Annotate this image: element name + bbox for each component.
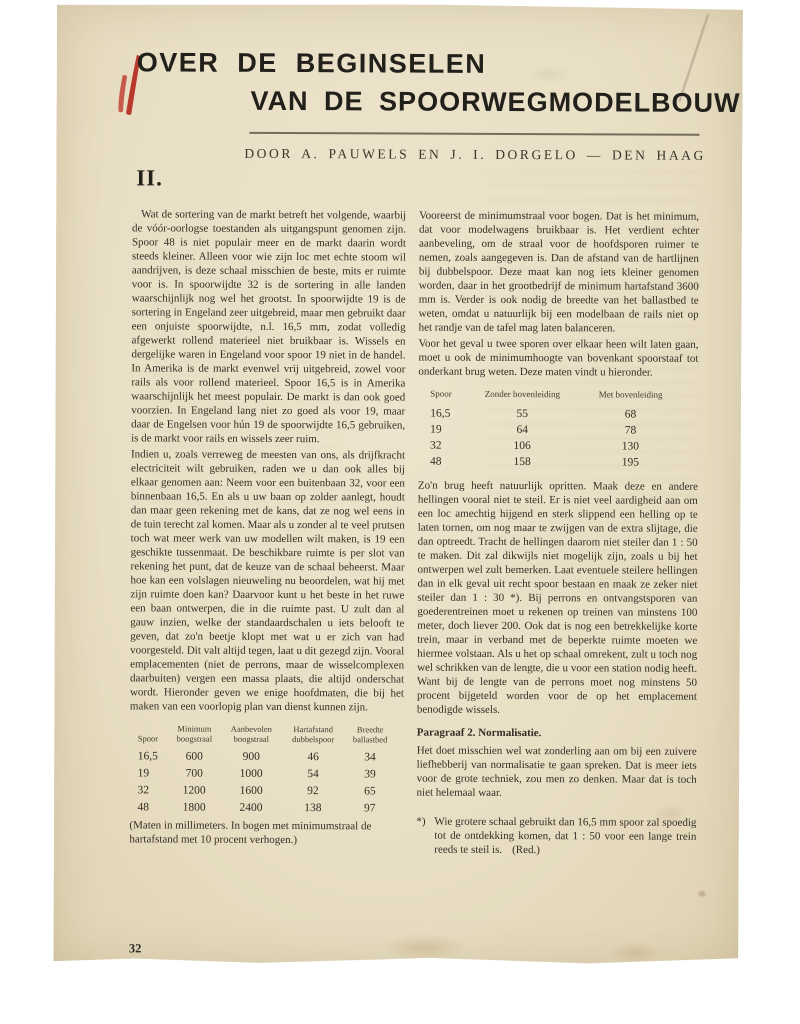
page-number: 32 xyxy=(129,941,142,956)
table-header-cell: Hartafstand dubbelspoor xyxy=(282,725,345,748)
footnote-attribution: (Red.) xyxy=(512,844,540,856)
byline: DOOR A. PAUWELS EN J. I. DORGELO — DEN H… xyxy=(244,146,702,164)
table-cell: 97 xyxy=(344,799,395,816)
article-title-line1: OVER DE BEGINSELEN xyxy=(137,47,487,79)
paper-stain xyxy=(609,941,663,963)
paper-stain xyxy=(527,65,573,83)
left-column: Wat de sortering van de markt betreft he… xyxy=(129,207,406,856)
table-row: 16,5 600 900 46 34 xyxy=(138,747,396,765)
table-cell: 1800 xyxy=(168,798,221,815)
table-cell: 16,5 xyxy=(138,747,168,764)
table-header-cell: Spoor xyxy=(138,724,168,747)
table-cell: 16,5 xyxy=(430,406,464,422)
table-header-cell: Zonder bovenleiding xyxy=(464,387,581,407)
paragraph: Indien u, zoals verreweg de meesten van … xyxy=(130,447,405,714)
table-cell: 106 xyxy=(464,438,581,455)
table-cell: 2400 xyxy=(220,799,281,816)
table-row: 48 1800 2400 138 97 xyxy=(137,798,395,816)
table-cell: 48 xyxy=(137,798,167,815)
table-cell: 32 xyxy=(138,781,168,798)
paragraph: Zo'n brug heeft natuurlijk opritten. Maa… xyxy=(417,479,698,718)
table-cell: 92 xyxy=(282,782,345,799)
table-cell: 48 xyxy=(430,454,464,470)
article-body: Wat de sortering van de markt betreft he… xyxy=(129,207,699,857)
table-cell: 68 xyxy=(581,406,680,422)
table-cell: 700 xyxy=(168,764,221,781)
right-column: Vooreerst de minimumstraal voor bogen. D… xyxy=(416,209,699,858)
table-header-row: Spoor Minimum boogstraal Aanbevolen boog… xyxy=(138,724,396,748)
table-cell: 600 xyxy=(168,747,221,764)
table-row: 19 64 78 xyxy=(430,422,680,439)
table-cell: 1600 xyxy=(220,782,281,799)
table-cell: 54 xyxy=(282,765,345,782)
scanned-magazine-page: OVER DE BEGINSELEN VAN DE SPOORWEGMODELB… xyxy=(53,3,743,966)
section-number: II. xyxy=(136,165,163,191)
paragraph: Wat de sortering van de markt betreft he… xyxy=(131,207,406,446)
article-title-line2: VAN DE SPOORWEGMODELBOUW xyxy=(251,86,741,118)
table-cell: 1200 xyxy=(168,781,221,798)
bridge-clearance-table: Spoor Zonder bovenleiding Met bovenleidi… xyxy=(430,387,680,471)
paragraph: Vooreerst de minimumstraal voor bogen. D… xyxy=(419,209,700,336)
table-row: 48 158 195 xyxy=(430,454,680,471)
table-cell: 46 xyxy=(282,748,345,765)
footnote-text: Wie grotere schaal gebruikt dan 16,5 mm … xyxy=(434,815,696,858)
table-cell: 19 xyxy=(430,422,464,438)
table-cell: 32 xyxy=(430,438,464,454)
table-cell: 195 xyxy=(581,454,680,470)
table-row: 19 700 1000 54 39 xyxy=(138,764,396,782)
table-cell: 158 xyxy=(463,454,580,471)
footnote: *) Wie grotere schaal gebruikt dan 16,5 … xyxy=(416,815,696,858)
table-header-cell: Aanbevolen boogstraal xyxy=(221,725,282,748)
paragraph: Het doet misschien wel wat zonderling aa… xyxy=(417,744,697,801)
table-caption: (Maten in millimeters. In bogen met mini… xyxy=(129,818,403,847)
footnote-marker: *) xyxy=(416,815,434,857)
table-cell: 1000 xyxy=(221,765,282,782)
track-dimensions-table: Spoor Minimum boogstraal Aanbevolen boog… xyxy=(137,724,395,816)
table-row: 16,5 55 68 xyxy=(430,406,680,423)
table-header-cell: Minimum boogstraal xyxy=(168,724,221,747)
paper-stain xyxy=(697,890,707,898)
table-cell: 65 xyxy=(344,782,395,799)
table-cell: 39 xyxy=(344,765,395,782)
table-cell: 64 xyxy=(464,422,581,439)
table-header-cell: Spoor xyxy=(430,387,464,406)
table-cell: 900 xyxy=(221,748,282,765)
title-divider-rule xyxy=(249,132,699,136)
paragraph: Voor het geval u twee sporen over elkaar… xyxy=(418,337,698,380)
table-cell: 55 xyxy=(464,406,581,423)
subheading-paragraaf-2: Paragraaf 2. Normalisatie. xyxy=(417,726,697,741)
table-cell: 130 xyxy=(581,438,680,454)
table-cell: 34 xyxy=(344,748,395,765)
table-header-cell: Breedte ballastbed xyxy=(344,725,395,748)
table-row: 32 106 130 xyxy=(430,438,680,455)
table-header-cell: Met bovenleiding xyxy=(581,387,680,406)
table-cell: 19 xyxy=(138,764,168,781)
paper-stain xyxy=(383,934,467,960)
table-header-row: Spoor Zonder bovenleiding Met bovenleidi… xyxy=(430,387,680,407)
table-cell: 138 xyxy=(282,799,345,816)
table-cell: 78 xyxy=(581,422,680,438)
table-row: 32 1200 1600 92 65 xyxy=(138,781,396,799)
